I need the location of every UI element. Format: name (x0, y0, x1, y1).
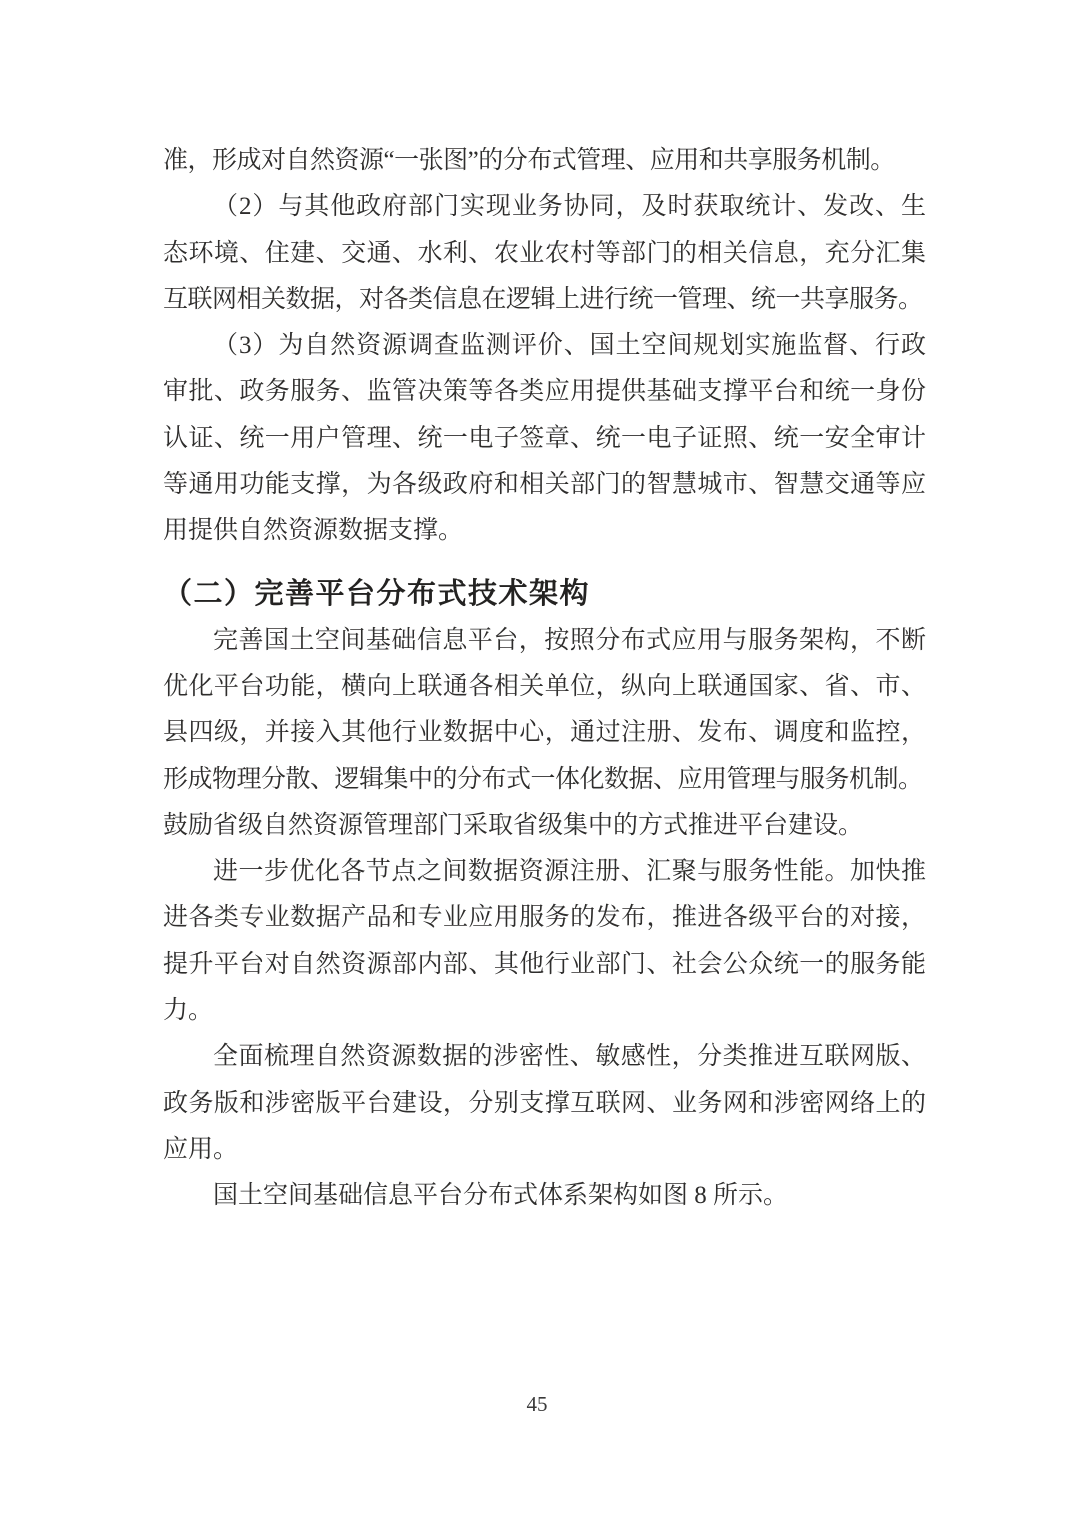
item3-line: 等通用功能支撑，为各级政府和相关部门的智慧城市、智慧交通等应 (163, 462, 926, 508)
paragraph-continuation-line: 准，形成对自然资源“一张图”的分布式管理、应用和共享服务机制。 (163, 138, 926, 184)
nodes-paragraph-line: 进各类专业数据产品和专业应用服务的发布，推进各级平台的对接， (163, 895, 926, 941)
page-number: 45 (0, 1392, 1074, 1417)
platform-paragraph-line: 完善国土空间基础信息平台，按照分布式应用与服务架构，不断 (163, 618, 926, 664)
item3-line: （3）为自然资源调查监测评价、国土空间规划实施监督、行政 (163, 323, 926, 369)
nodes-paragraph-line: 提升平台对自然资源部内部、其他行业部门、社会公众统一的服务能 (163, 942, 926, 988)
item2-line: （2）与其他政府部门实现业务协同，及时获取统计、发改、生 (163, 184, 926, 230)
network-paragraph-line: 全面梳理自然资源数据的涉密性、敏感性，分类推进互联网版、 (163, 1034, 926, 1080)
nodes-paragraph-line: 力。 (163, 988, 926, 1034)
platform-paragraph-line: 鼓励省级自然资源管理部门采取省级集中的方式推进平台建设。 (163, 803, 926, 849)
nodes-paragraph-line: 进一步优化各节点之间数据资源注册、汇聚与服务性能。加快推 (163, 849, 926, 895)
item2-line: 互联网相关数据，对各类信息在逻辑上进行统一管理、统一共享服务。 (163, 277, 926, 323)
platform-paragraph-line: 形成物理分散、逻辑集中的分布式一体化数据、应用管理与服务机制。 (163, 757, 926, 803)
item3-line: 审批、政务服务、监管决策等各类应用提供基础支撑平台和统一身份 (163, 369, 926, 415)
platform-paragraph-line: 县四级，并接入其他行业数据中心，通过注册、发布、调度和监控， (163, 710, 926, 756)
document-page: 准，形成对自然资源“一张图”的分布式管理、应用和共享服务机制。 （2）与其他政府… (0, 0, 1080, 1527)
item3-line: 认证、统一用户管理、统一电子签章、统一电子证照、统一安全审计 (163, 416, 926, 462)
item3-line: 用提供自然资源数据支撑。 (163, 508, 926, 554)
network-paragraph-line: 政务版和涉密版平台建设，分别支撑互联网、业务网和涉密网络上的 (163, 1081, 926, 1127)
network-paragraph-line: 应用。 (163, 1127, 926, 1173)
item2-line: 态环境、住建、交通、水利、农业农村等部门的相关信息，充分汇集 (163, 231, 926, 277)
page-body-text: 准，形成对自然资源“一张图”的分布式管理、应用和共享服务机制。 （2）与其他政府… (163, 138, 926, 1220)
section-heading: （二）完善平台分布式技术架构 (163, 571, 926, 618)
platform-paragraph-line: 优化平台功能，横向上联通各相关单位，纵向上联通国家、省、市、 (163, 664, 926, 710)
figure-reference-line: 国土空间基础信息平台分布式体系架构如图 8 所示。 (163, 1173, 926, 1219)
